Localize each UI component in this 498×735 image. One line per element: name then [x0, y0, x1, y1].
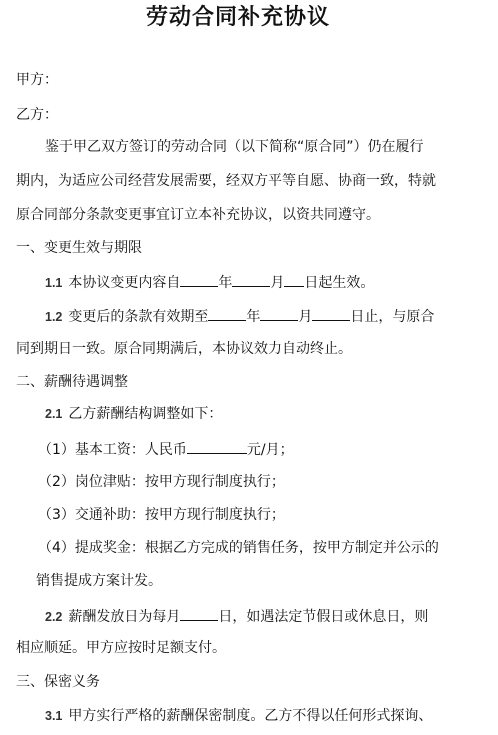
day-blank[interactable] — [284, 271, 304, 287]
clause-number: 1.1 — [45, 276, 62, 290]
base-salary-blank[interactable] — [187, 438, 247, 454]
clause-2-1: 2.1乙方薪酬结构调整如下： — [45, 404, 222, 424]
clause-number: 3.1 — [45, 709, 62, 723]
month-blank[interactable] — [232, 271, 270, 287]
salary-item-1: （1）基本工资：人民币元/月； — [38, 438, 294, 460]
salary-item-2: （2）岗位津贴：按甲方现行制度执行； — [38, 472, 285, 492]
day-blank[interactable] — [312, 305, 350, 321]
preamble-line-2: 期内，为适应公司经营发展需要，经双方平等自愿、协商一致，特就 — [16, 171, 436, 191]
salary-item-4: （4）提成奖金：根据乙方完成的销售任务，按甲方制定并公示的 — [38, 538, 439, 558]
salary-item-3: （3）交通补助：按甲方现行制度执行； — [38, 505, 285, 525]
document-title: 劳动合同补充协议 — [0, 2, 476, 32]
clause-1-2: 1.2变更后的条款有效期至年月日止，与原合 — [45, 305, 434, 327]
section-heading-2: 二、薪酬待遇调整 — [16, 372, 128, 392]
year-blank[interactable] — [208, 305, 246, 321]
party-b-label: 乙方： — [16, 105, 58, 125]
month-blank[interactable] — [260, 305, 298, 321]
clause-2-2: 2.2薪酬发放日为每月日，如遇法定节假日或休息日，则 — [45, 605, 428, 627]
clause-number: 2.1 — [45, 407, 62, 421]
clause-3-1: 3.1甲方实行严格的薪酬保密制度。乙方不得以任何形式探询、 — [45, 706, 432, 726]
clause-1-1: 1.1本协议变更内容自年月日起生效。 — [45, 271, 374, 293]
document-page: 劳动合同补充协议 甲方： 乙方： 鉴于甲乙双方签订的劳动合同（以下简称“原合同”… — [0, 0, 498, 735]
preamble-line-1: 鉴于甲乙双方签订的劳动合同（以下简称“原合同”）仍在履行 — [45, 137, 424, 157]
year-blank[interactable] — [180, 271, 218, 287]
salary-item-4-continuation: 销售提成方案计发。 — [36, 571, 162, 591]
clause-number: 1.2 — [45, 310, 62, 324]
party-a-label: 甲方： — [16, 70, 58, 90]
clause-2-2-continuation: 相应顺延。甲方应按时足额支付。 — [16, 638, 226, 658]
section-heading-3: 三、保密义务 — [16, 672, 100, 692]
clause-1-2-continuation: 同到期日一致。原合同期满后，本协议效力自动终止。 — [16, 339, 352, 359]
clause-number: 2.2 — [45, 610, 62, 624]
section-heading-1: 一、变更生效与期限 — [16, 238, 142, 258]
pay-day-blank[interactable] — [180, 605, 218, 621]
preamble-line-3: 原合同部分条款变更事宜订立本补充协议，以资共同遵守。 — [16, 205, 380, 225]
